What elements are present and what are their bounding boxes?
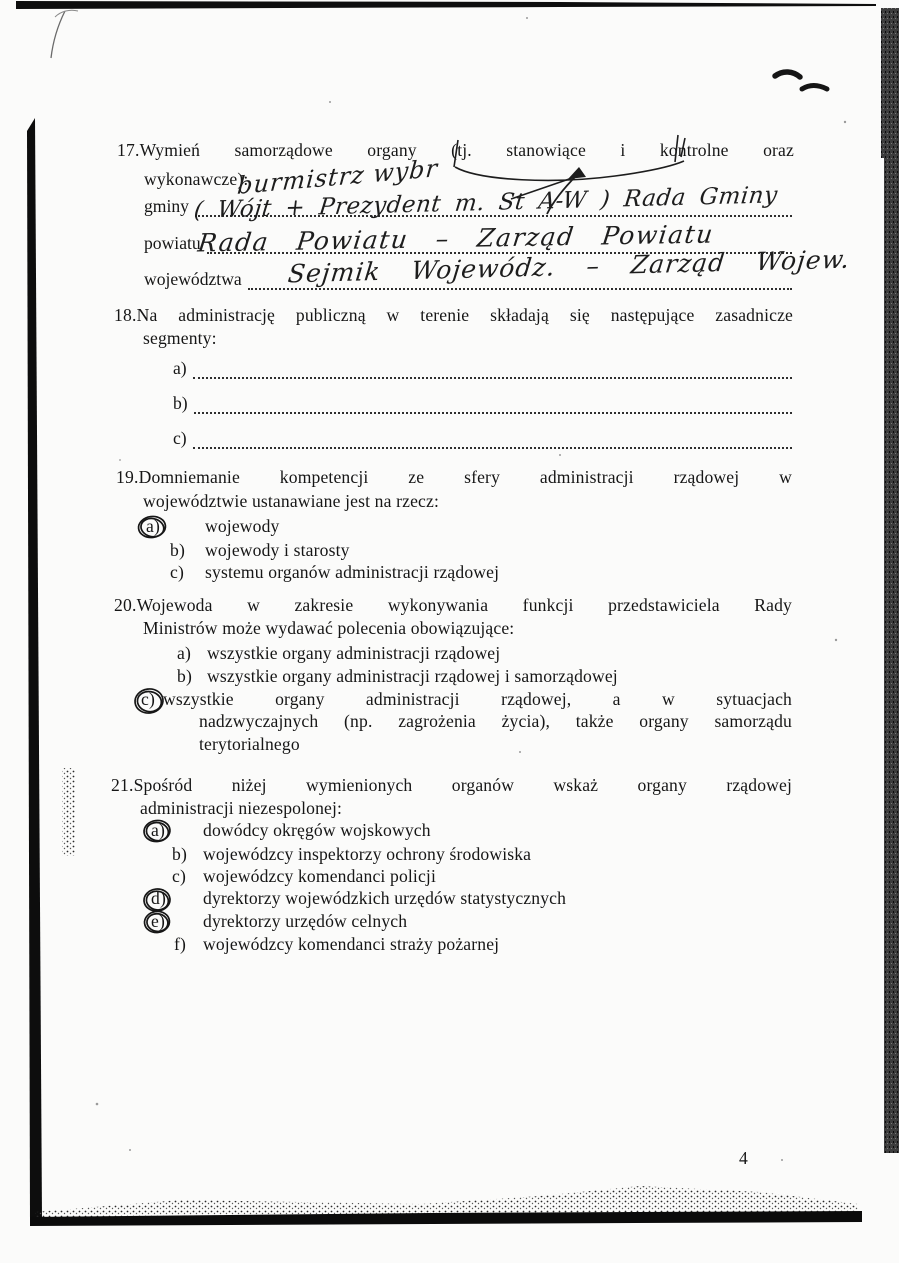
q21-option-c-text: wojewódzcy komendanci policji xyxy=(203,866,436,887)
q18-item-c-answer-line xyxy=(193,443,792,449)
q17-field-wojewodztwa-label: województwa xyxy=(144,269,242,290)
q18-line2: segmenty: xyxy=(143,328,217,349)
page-number: 4 xyxy=(739,1148,748,1169)
q21-option-e-text: dyrektorzy urzędów celnych xyxy=(203,911,407,932)
q19-option-a-letter: a) xyxy=(146,516,160,537)
q21-option-a-text: dowódcy okręgów wojskowych xyxy=(203,820,431,841)
q19-option-c-letter: c) xyxy=(170,562,184,583)
bottom-edge-scan-bar xyxy=(30,1211,862,1226)
q21-option-b-text: wojewódzcy inspektorzy ochrony środowisk… xyxy=(203,844,531,865)
q21-line2: administracji niezespolonej: xyxy=(140,798,342,819)
q17-line2: wykonawcze): xyxy=(144,169,248,190)
q17-intro-post: oraz xyxy=(763,140,794,160)
q21-option-d-text: dyrektorzy wojewódzkich urzędów statysty… xyxy=(203,888,566,909)
q18-item-a: a) xyxy=(173,356,792,379)
q19-line2: województwie ustanawiane jest na rzecz: xyxy=(143,491,439,512)
q21-option-a-letter: a) xyxy=(151,820,165,841)
q21-option-c-letter: c) xyxy=(172,866,186,887)
left-margin-smudge xyxy=(62,768,75,856)
q17-field-gminy-label: gminy xyxy=(144,196,189,217)
q21-option-e-letter: e) xyxy=(151,911,165,932)
q19-option-c-text: systemu organów administracji rządowej xyxy=(205,562,499,583)
q21-option-f-letter: f) xyxy=(174,934,186,955)
q18-item-c: c) xyxy=(173,426,792,449)
q17-boxed-phrase: stanowiące i kontrolne xyxy=(506,140,728,160)
right-edge-scan-strip xyxy=(884,8,899,1153)
q21-line1: 21.Spośród niżej wymienionych organów ws… xyxy=(111,775,792,796)
q21-number: 21. xyxy=(111,775,134,795)
q20-option-a-letter: a) xyxy=(177,643,191,664)
q18-item-a-answer-line xyxy=(193,373,792,379)
right-edge-scan-strip-top xyxy=(881,8,899,158)
q21-option-d-letter: d) xyxy=(151,888,166,909)
q19-option-b-letter: b) xyxy=(170,540,185,561)
q19-option-a-text: wojewody xyxy=(205,516,280,537)
q20-number: 20. xyxy=(114,595,137,615)
q18-item-b-answer-line xyxy=(194,408,792,414)
scanned-exam-page: 17.Wymień samorządowe organy (tj. stanow… xyxy=(0,0,899,1263)
q18-item-c-letter: c) xyxy=(173,428,187,449)
ink-dashes-top-right xyxy=(775,72,827,89)
q20-line1: 20.Wojewoda w zakresie wykonywania funkc… xyxy=(114,595,792,616)
q17-field-powiatu-label: powiatu xyxy=(144,233,201,254)
q18-item-a-letter: a) xyxy=(173,358,187,379)
bottom-shadow-speckle xyxy=(35,1186,858,1220)
q20-line2: Ministrów może wydawać polecenia obowiąz… xyxy=(143,618,514,639)
q21-option-b-letter: b) xyxy=(172,844,187,865)
q19-number: 19. xyxy=(116,467,139,487)
pencil-curve-top-left xyxy=(51,10,78,58)
q21-option-f-text: wojewódzcy komendanci straży pożarnej xyxy=(203,934,499,955)
q19-line1-text: Domniemanie kompetencji ze sfery adminis… xyxy=(139,467,792,487)
q18-number: 18. xyxy=(114,305,137,325)
left-edge-scan-bar xyxy=(27,118,42,1221)
q19-line1: 19.Domniemanie kompetencji ze sfery admi… xyxy=(116,467,792,488)
q18-line1-text: Na administrację publiczną w terenie skł… xyxy=(137,305,793,325)
q20-option-c-text-line2: nadzwyczajnych (np. zagrożenia życia), t… xyxy=(199,711,792,732)
q20-option-c-letter: c) xyxy=(141,689,155,710)
q18-line1: 18.Na administrację publiczną w terenie … xyxy=(114,305,793,326)
q20-option-c-text-line1: wszystkie organy administracji rządowej,… xyxy=(163,689,792,710)
top-edge-scan-bar xyxy=(16,1,876,9)
q18-item-b-letter: b) xyxy=(173,393,188,414)
q20-option-b-text: wszystkie organy administracji rządowej … xyxy=(207,666,618,687)
q20-option-c-text-line3: terytorialnego xyxy=(199,734,300,755)
q20-line1-text: Wojewoda w zakresie wykonywania funkcji … xyxy=(137,595,792,615)
q17-number: 17. xyxy=(117,140,140,160)
q20-option-a-text: wszystkie organy administracji rządowej xyxy=(207,643,500,664)
q21-line1-text: Spośród niżej wymienionych organów wskaż… xyxy=(134,775,792,795)
q20-option-b-letter: b) xyxy=(177,666,192,687)
q18-item-b: b) xyxy=(173,391,792,414)
q19-option-b-text: wojewody i starosty xyxy=(205,540,350,561)
q17-line1: 17.Wymień samorządowe organy (tj. stanow… xyxy=(117,140,794,161)
